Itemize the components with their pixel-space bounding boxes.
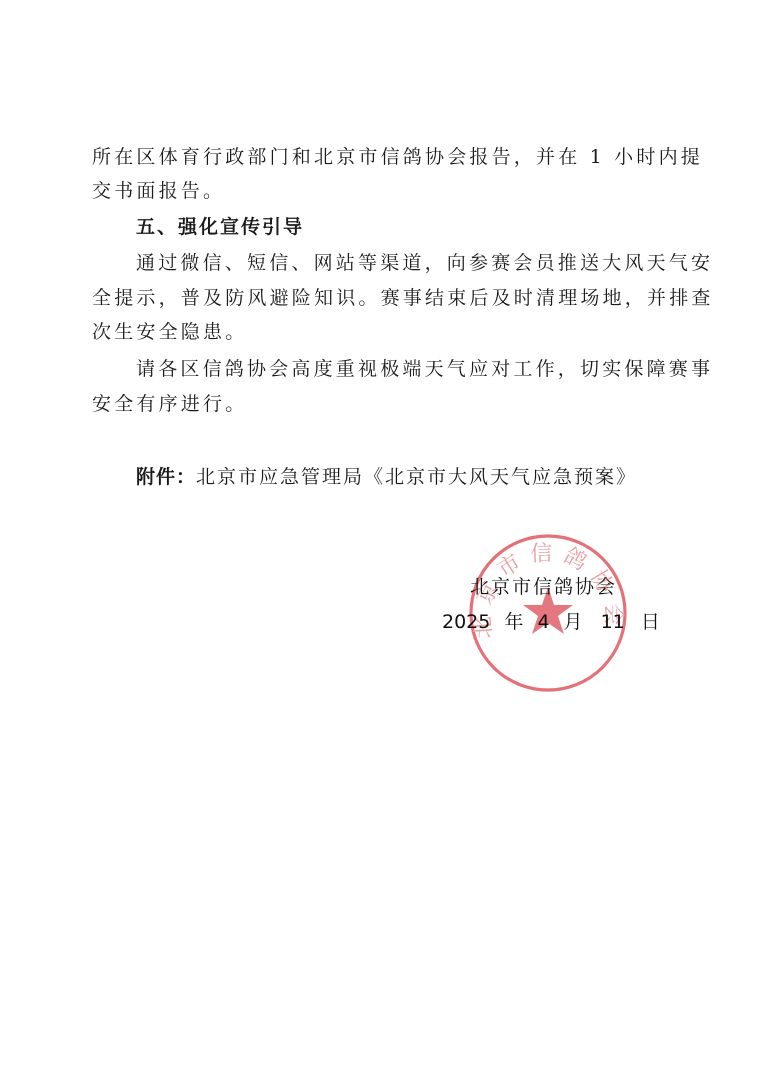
paragraph-line: 安全有序进行。 — [92, 392, 247, 416]
attachment-text: 北京市应急管理局《北京市大风天气应急预案》 — [196, 466, 637, 488]
paragraph-line: 通过微信、短信、网站等渠道，向参赛会员推送大风天气安 — [136, 251, 713, 275]
paragraph-line: 交书面报告。 — [92, 179, 225, 203]
attachment-line: 附件：北京市应急管理局《北京市大风天气应急预案》 — [136, 465, 637, 489]
paragraph-line: 请各区信鸽协会高度重视极端天气应对工作，切实保障赛事 — [136, 357, 713, 381]
section-heading: 五、强化宣传引导 — [136, 215, 304, 239]
attachment-label: 附件： — [136, 466, 196, 488]
paragraph-line: 所在区体育行政部门和北京市信鸽协会报告，并在 1 小时内提 — [92, 145, 703, 169]
star-icon — [523, 587, 573, 634]
paragraph-line: 全提示，普及防风避险知识。赛事结束后及时清理场地，并排查 — [92, 286, 714, 310]
official-seal: 北京市信鸽协会 — [467, 532, 629, 694]
date-day-unit: 日 — [641, 611, 660, 633]
paragraph-line: 次生安全隐患。 — [92, 320, 247, 344]
